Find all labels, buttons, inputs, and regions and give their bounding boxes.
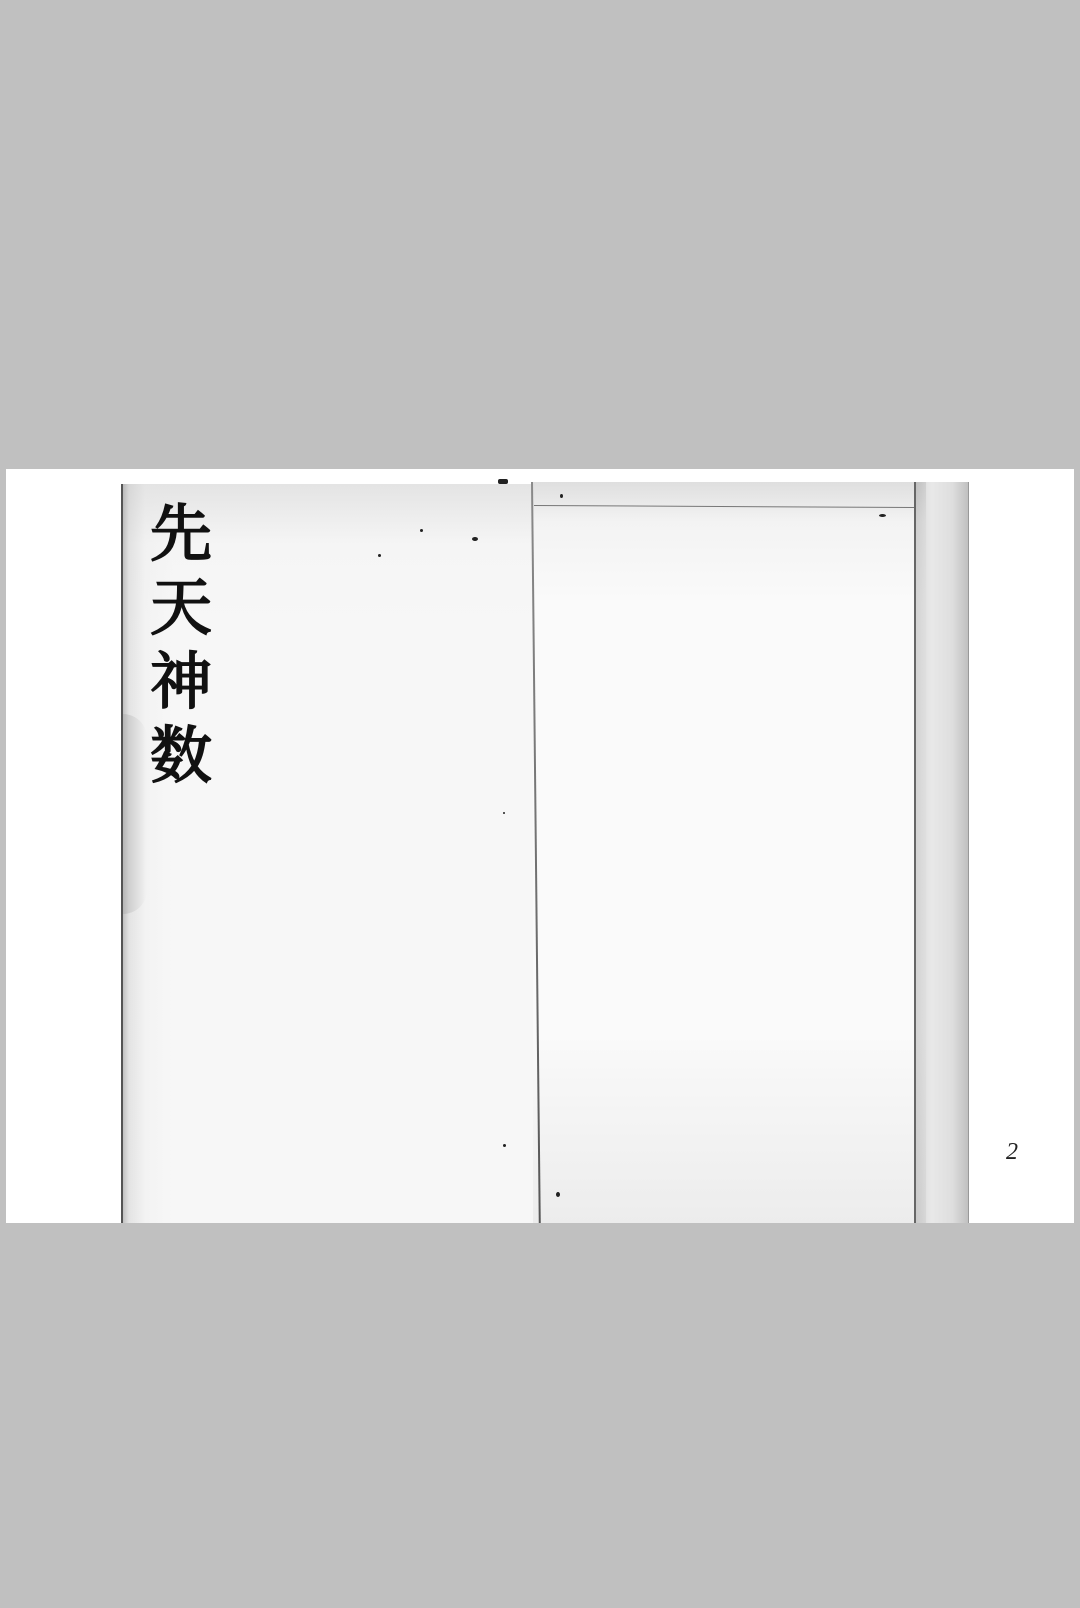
ink-speck bbox=[378, 554, 381, 557]
ink-speck bbox=[879, 514, 886, 517]
title-char-2: 天 bbox=[150, 571, 212, 645]
right-leaf bbox=[533, 482, 926, 1223]
title-char-1: 先 bbox=[150, 497, 212, 571]
title-char-4: 数 bbox=[150, 719, 212, 793]
ink-speck bbox=[472, 537, 478, 541]
right-binding-strip bbox=[914, 482, 969, 1223]
ink-speck bbox=[498, 479, 508, 484]
vertical-title: 先 天 神 数 bbox=[141, 497, 221, 793]
ink-speck bbox=[503, 812, 505, 814]
ink-speck bbox=[503, 1144, 506, 1147]
ink-speck bbox=[560, 494, 563, 498]
page-number: 2 bbox=[1006, 1139, 1018, 1166]
title-char-3: 神 bbox=[150, 645, 212, 719]
ink-speck bbox=[420, 529, 423, 532]
scanned-page-image: 先 天 神 数 2 bbox=[6, 469, 1074, 1223]
ink-speck bbox=[556, 1192, 560, 1197]
